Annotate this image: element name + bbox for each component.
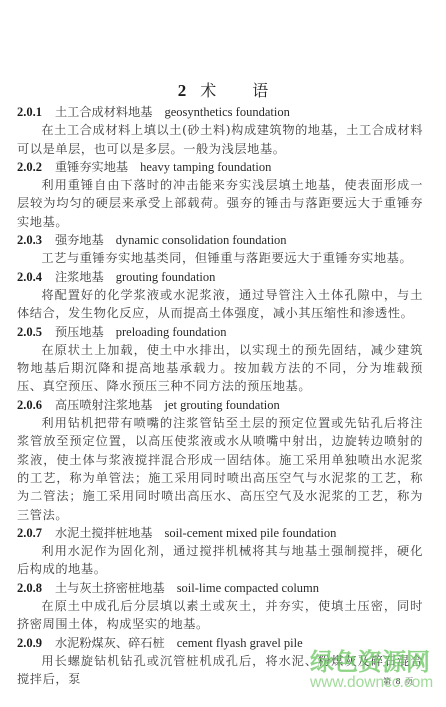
chapter-title-part-1: 术: [200, 78, 216, 101]
term-heading: 2.0.6高压喷射注浆地基jet grouting foundation: [17, 396, 423, 414]
term-name-cn: 土工合成材料地基: [55, 105, 153, 119]
term-name-cn: 重锤夯实地基: [55, 160, 128, 174]
term-definition: 将配置好的化学浆液或水泥浆液，通过导管注入土体孔隙中，与土体结合，发生物化反应，…: [17, 286, 423, 323]
term-heading: 2.0.7水泥土搅拌桩地基soil-cement mixed pile foun…: [17, 524, 423, 542]
term-definition: 工艺与重锤夯实地基类同，但锤重与落距要远大于重锤夯实地基。: [17, 249, 423, 267]
term-number: 2.0.6: [17, 396, 55, 414]
term-name-en: grouting foundation: [116, 270, 216, 284]
term-number: 2.0.4: [17, 268, 55, 286]
term-heading: 2.0.1土工合成材料地基geosynthetics foundation: [17, 103, 423, 121]
term-number: 2.0.1: [17, 103, 55, 121]
terms-list: 2.0.1土工合成材料地基geosynthetics foundation 在土…: [17, 103, 423, 689]
term-number: 2.0.9: [17, 634, 55, 652]
term-number: 2.0.3: [17, 231, 55, 249]
term-entry: 2.0.9水泥粉煤灰、碎石桩cement flyash gravel pile …: [17, 634, 423, 689]
term-definition: 在原状土上加载，使土中水排出，以实现土的预先固结，减少建筑物地基后期沉降和提高地…: [17, 341, 423, 396]
term-heading: 2.0.4注浆地基grouting foundation: [17, 268, 423, 286]
term-definition: 利用重锤自由下落时的冲击能来夯实浅层填土地基，使表面形成一层较为均匀的硬层来承受…: [17, 176, 423, 231]
term-entry: 2.0.3强夯地基dynamic consolidation foundatio…: [17, 231, 423, 268]
term-entry: 2.0.2重锤夯实地基heavy tamping foundation 利用重锤…: [17, 158, 423, 231]
term-heading: 2.0.5预压地基preloading foundation: [17, 323, 423, 341]
term-name-en: soil-lime compacted column: [177, 581, 319, 595]
term-number: 2.0.8: [17, 579, 55, 597]
term-name-cn: 水泥土搅拌桩地基: [55, 526, 153, 540]
term-name-en: preloading foundation: [116, 325, 227, 339]
term-name-cn: 预压地基: [55, 325, 104, 339]
term-name-cn: 水泥粉煤灰、碎石桩: [55, 636, 165, 650]
term-definition: 利用钻机把带有喷嘴的注浆管钻至土层的预定位置或先钻孔后将注浆管放至预定位置，以高…: [17, 414, 423, 524]
term-heading: 2.0.8土与灰土挤密桩地基soil-lime compacted column: [17, 579, 423, 597]
term-number: 2.0.5: [17, 323, 55, 341]
term-heading: 2.0.9水泥粉煤灰、碎石桩cement flyash gravel pile: [17, 634, 423, 652]
term-entry: 2.0.5预压地基preloading foundation 在原状土上加载，使…: [17, 323, 423, 396]
term-definition: 在土工合成材料上填以土(砂土料)构成建筑物的地基，土工合成材料可以是单层，也可以…: [17, 121, 423, 158]
chapter-title: 2术语: [0, 78, 446, 101]
term-definition: 利用水泥作为固化剂，通过搅拌机械将其与地基土强制搅拌，硬化后构成的地基。: [17, 542, 423, 579]
term-name-en: cement flyash gravel pile: [177, 636, 303, 650]
term-name-cn: 高压喷射注浆地基: [55, 398, 153, 412]
term-entry: 2.0.7水泥土搅拌桩地基soil-cement mixed pile foun…: [17, 524, 423, 579]
chapter-title-part-2: 语: [252, 78, 268, 101]
term-entry: 2.0.8土与灰土挤密桩地基soil-lime compacted column…: [17, 579, 423, 634]
term-name-cn: 注浆地基: [55, 270, 104, 284]
term-name-cn: 强夯地基: [55, 233, 104, 247]
term-name-en: dynamic consolidation foundation: [116, 233, 287, 247]
term-heading: 2.0.3强夯地基dynamic consolidation foundatio…: [17, 231, 423, 249]
term-definition: 用长螺旋钻机钻孔或沉管桩机成孔后，将水泥、粉煤灰及碎石混合搅拌后，泵: [17, 652, 423, 689]
term-entry: 2.0.4注浆地基grouting foundation 将配置好的化学浆液或水…: [17, 268, 423, 323]
page-number: 第 8 页: [383, 676, 414, 687]
term-definition: 在原土中成孔后分层填以素土或灰土，并夯实，使填土压密，同时挤密周围土体，构成坚实…: [17, 597, 423, 634]
chapter-number: 2: [178, 81, 187, 100]
term-name-en: jet grouting foundation: [165, 398, 280, 412]
term-name-en: soil-cement mixed pile foundation: [165, 526, 337, 540]
term-entry: 2.0.1土工合成材料地基geosynthetics foundation 在土…: [17, 103, 423, 158]
term-number: 2.0.2: [17, 158, 55, 176]
document-page: 2术语 2.0.1土工合成材料地基geosynthetics foundatio…: [0, 0, 446, 707]
term-name-en: heavy tamping foundation: [140, 160, 271, 174]
term-entry: 2.0.6高压喷射注浆地基jet grouting foundation 利用钻…: [17, 396, 423, 524]
term-number: 2.0.7: [17, 524, 55, 542]
term-name-cn: 土与灰土挤密桩地基: [55, 581, 165, 595]
term-heading: 2.0.2重锤夯实地基heavy tamping foundation: [17, 158, 423, 176]
term-name-en: geosynthetics foundation: [165, 105, 290, 119]
